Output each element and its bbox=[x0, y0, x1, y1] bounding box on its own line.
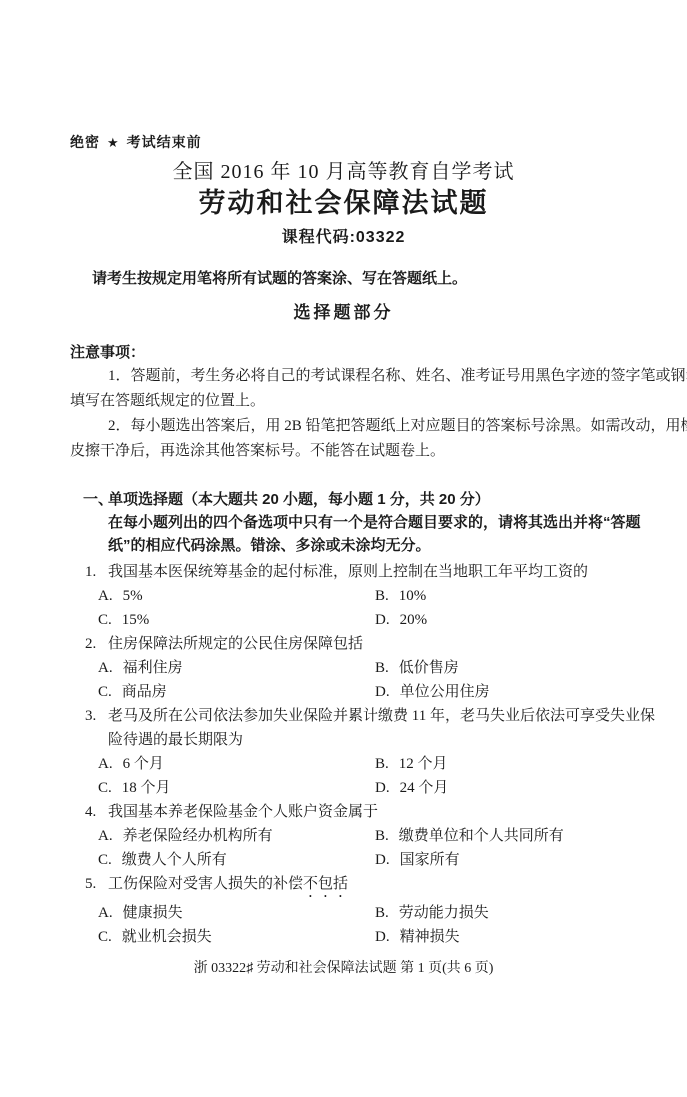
option-b: B. 10% bbox=[375, 584, 426, 608]
note-line: 皮擦干净后，再选涂其他答案标号。不能答在试题卷上。 bbox=[70, 439, 687, 464]
security-label-left: 绝密 bbox=[70, 134, 100, 150]
section-subline: 纸”的相应代码涂黑。错涂、多涂或未涂均无分。 bbox=[70, 534, 687, 557]
option-row: A. 养老保险经办机构所有 B. 缴费单位和个人共同所有 bbox=[70, 824, 687, 848]
option-text: 就业机会损失 bbox=[122, 925, 212, 949]
option-b: B. 劳动能力损失 bbox=[375, 901, 489, 925]
option-label: A. bbox=[98, 901, 113, 925]
paper-title: 劳动和社会保障法试题 bbox=[0, 187, 687, 219]
option-label: C. bbox=[98, 776, 112, 800]
section-heading: 一、 单项选择题（本大题共 20 小题，每小题 1 分，共 20 分） bbox=[70, 488, 687, 511]
option-row: A. 5% B. 10% bbox=[70, 584, 687, 608]
option-label: A. bbox=[98, 584, 113, 608]
security-label: 绝密★考试结束前 bbox=[70, 133, 642, 152]
section-heading-text: 单项选择题（本大题共 20 小题，每小题 1 分，共 20 分） bbox=[108, 488, 490, 511]
option-label: B. bbox=[375, 584, 389, 608]
course-code: 课程代码:03322 bbox=[0, 227, 687, 248]
exam-title: 全国 2016 年 10 月高等教育自学考试 bbox=[0, 160, 687, 184]
question-stem: 2. 住房保障法所规定的公民住房保障包括 bbox=[70, 632, 687, 656]
option-row: C. 18 个月 D. 24 个月 bbox=[70, 776, 687, 800]
question-2: 2. 住房保障法所规定的公民住房保障包括 A. 福利住房 B. 低价售房 C. … bbox=[70, 632, 687, 704]
option-label: C. bbox=[98, 848, 112, 872]
option-text: 养老保险经办机构所有 bbox=[123, 824, 273, 848]
option-d: D. 单位公用住房 bbox=[375, 680, 490, 704]
page-footer: 浙 03322♯ 劳动和社会保障法试题 第 1 页(共 6 页) bbox=[0, 959, 687, 979]
option-text: 国家所有 bbox=[400, 848, 460, 872]
option-text: 福利住房 bbox=[123, 656, 183, 680]
question-stem-continued: 险待遇的最长期限为 bbox=[70, 728, 687, 752]
option-label: C. bbox=[98, 925, 112, 949]
question-stem: 3. 老马及所在公司依法参加失业保险并累计缴费 11 年，老马失业后依法可享受失… bbox=[70, 704, 687, 728]
option-label: A. bbox=[98, 752, 113, 776]
question-number: 4. bbox=[85, 800, 108, 824]
question-stem: 1. 我国基本医保统筹基金的起付标准，原则上控制在当地职工年平均工资的 bbox=[70, 560, 687, 584]
option-a: A. 健康损失 bbox=[98, 901, 375, 925]
question-stem-text: 工伤保险对受害人损失的补偿不包括 bbox=[108, 872, 348, 901]
question-stem: 4. 我国基本养老保险基金个人账户资金属于 bbox=[70, 800, 687, 824]
option-label: D. bbox=[375, 925, 390, 949]
question-stem-text: 我国基本养老保险基金个人账户资金属于 bbox=[108, 800, 378, 824]
option-label: D. bbox=[375, 776, 390, 800]
option-c: C. 缴费人个人所有 bbox=[98, 848, 375, 872]
option-d: D. 24 个月 bbox=[375, 776, 448, 800]
option-b: B. 12 个月 bbox=[375, 752, 448, 776]
option-text: 12 个月 bbox=[399, 752, 448, 776]
question-stem-text: 住房保障法所规定的公民住房保障包括 bbox=[108, 632, 363, 656]
option-label: D. bbox=[375, 608, 390, 632]
option-text: 单位公用住房 bbox=[400, 680, 490, 704]
option-text: 劳动能力损失 bbox=[399, 901, 489, 925]
question-number: 2. bbox=[85, 632, 108, 656]
section-subline: 在每小题列出的四个备选项中只有一个是符合题目要求的，请将其选出并将“答题 bbox=[70, 511, 687, 534]
option-d: D. 精神损失 bbox=[375, 925, 460, 949]
option-label: A. bbox=[98, 656, 113, 680]
question-number: 3. bbox=[85, 704, 108, 728]
option-text: 20% bbox=[400, 608, 428, 632]
section-number: 一、 bbox=[83, 488, 108, 511]
question-number: 1. bbox=[85, 560, 108, 584]
exam-paper-page: 绝密★考试结束前 全国 2016 年 10 月高等教育自学考试 劳动和社会保障法… bbox=[0, 0, 687, 1097]
option-c: C. 就业机会损失 bbox=[98, 925, 375, 949]
instruction-text: 请考生按规定用笔将所有试题的答案涂、写在答题纸上。 bbox=[70, 268, 642, 289]
option-text: 商品房 bbox=[122, 680, 167, 704]
question-list: 1. 我国基本医保统筹基金的起付标准，原则上控制在当地职工年平均工资的 A. 5… bbox=[70, 560, 687, 949]
option-text: 18 个月 bbox=[122, 776, 171, 800]
option-c: C. 商品房 bbox=[98, 680, 375, 704]
question-5: 5. 工伤保险对受害人损失的补偿不包括 A. 健康损失 B. 劳动能力损失 C.… bbox=[70, 872, 687, 949]
question-stem-emphasis: 不包括 bbox=[303, 876, 348, 892]
option-row: C. 就业机会损失 D. 精神损失 bbox=[70, 925, 687, 949]
option-label: C. bbox=[98, 608, 112, 632]
option-b: B. 缴费单位和个人共同所有 bbox=[375, 824, 564, 848]
question-4: 4. 我国基本养老保险基金个人账户资金属于 A. 养老保险经办机构所有 B. 缴… bbox=[70, 800, 687, 872]
option-a: A. 养老保险经办机构所有 bbox=[98, 824, 375, 848]
option-label: C. bbox=[98, 680, 112, 704]
part-title: 选择题部分 bbox=[0, 301, 687, 325]
option-row: C. 15% D. 20% bbox=[70, 608, 687, 632]
note-line: 2．每小题选出答案后，用 2B 铅笔把答题纸上对应题目的答案标号涂黑。如需改动，… bbox=[70, 414, 687, 439]
option-text: 6 个月 bbox=[123, 752, 164, 776]
option-label: B. bbox=[375, 824, 389, 848]
option-d: D. 国家所有 bbox=[375, 848, 460, 872]
option-text: 5% bbox=[123, 584, 143, 608]
option-row: C. 缴费人个人所有 D. 国家所有 bbox=[70, 848, 687, 872]
option-c: C. 15% bbox=[98, 608, 375, 632]
option-text: 健康损失 bbox=[123, 901, 183, 925]
option-a: A. 5% bbox=[98, 584, 375, 608]
note-line: 填写在答题纸规定的位置上。 bbox=[70, 389, 687, 414]
option-row: A. 6 个月 B. 12 个月 bbox=[70, 752, 687, 776]
option-label: B. bbox=[375, 901, 389, 925]
option-a: A. 福利住房 bbox=[98, 656, 375, 680]
question-stem-text: 老马及所在公司依法参加失业保险并累计缴费 11 年，老马失业后依法可享受失业保 bbox=[108, 704, 655, 728]
star-icon: ★ bbox=[107, 135, 120, 150]
question-stem-text: 我国基本医保统筹基金的起付标准，原则上控制在当地职工年平均工资的 bbox=[108, 560, 588, 584]
option-label: B. bbox=[375, 656, 389, 680]
option-text: 缴费人个人所有 bbox=[122, 848, 227, 872]
security-label-right: 考试结束前 bbox=[127, 134, 202, 150]
option-row: A. 健康损失 B. 劳动能力损失 bbox=[70, 901, 687, 925]
question-stem-plain: 工伤保险对受害人损失的补偿 bbox=[108, 876, 303, 892]
question-1: 1. 我国基本医保统筹基金的起付标准，原则上控制在当地职工年平均工资的 A. 5… bbox=[70, 560, 687, 632]
option-text: 低价售房 bbox=[399, 656, 459, 680]
option-row: C. 商品房 D. 单位公用住房 bbox=[70, 680, 687, 704]
option-label: D. bbox=[375, 848, 390, 872]
option-a: A. 6 个月 bbox=[98, 752, 375, 776]
option-row: A. 福利住房 B. 低价售房 bbox=[70, 656, 687, 680]
question-3: 3. 老马及所在公司依法参加失业保险并累计缴费 11 年，老马失业后依法可享受失… bbox=[70, 704, 687, 800]
option-label: B. bbox=[375, 752, 389, 776]
option-text: 精神损失 bbox=[400, 925, 460, 949]
option-b: B. 低价售房 bbox=[375, 656, 459, 680]
notes-title: 注意事项： bbox=[70, 342, 642, 364]
option-c: C. 18 个月 bbox=[98, 776, 375, 800]
option-d: D. 20% bbox=[375, 608, 427, 632]
question-number: 5. bbox=[85, 872, 108, 901]
option-text: 10% bbox=[399, 584, 427, 608]
option-label: A. bbox=[98, 824, 113, 848]
option-text: 15% bbox=[122, 608, 150, 632]
question-stem: 5. 工伤保险对受害人损失的补偿不包括 bbox=[70, 872, 687, 901]
option-label: D. bbox=[375, 680, 390, 704]
option-text: 24 个月 bbox=[400, 776, 449, 800]
note-line: 1．答题前，考生务必将自己的考试课程名称、姓名、准考证号用黑色字迹的签字笔或钢笔 bbox=[70, 364, 687, 389]
option-text: 缴费单位和个人共同所有 bbox=[399, 824, 564, 848]
